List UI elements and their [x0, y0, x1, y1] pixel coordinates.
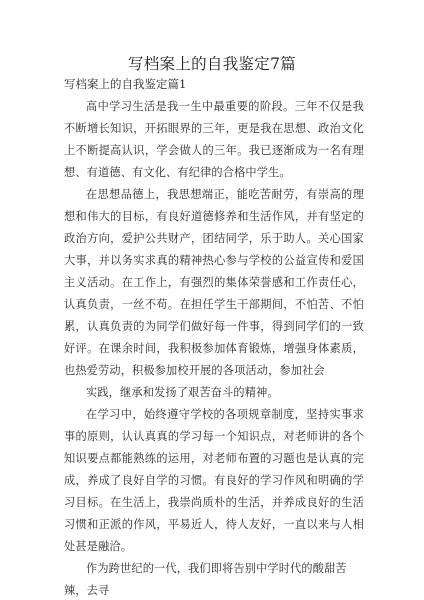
paragraph-5: 作为跨世纪的一代，我们即将告别中学时代的酸甜苦辣，去寻 [64, 558, 364, 600]
document-title: 写档案上的自我鉴定7篇 [0, 52, 424, 74]
paragraph-1: 高中学习生活是我一生中最重要的阶段。三年不仅是我不断增长知识，开拓眼界的三年，更… [64, 96, 364, 184]
paragraph-2: 在思想品德上，我思想端正，能吃苦耐劳，有崇高的理想和伟大的目标，有良好道德修养和… [64, 184, 364, 382]
document-page: 写档案上的自我鉴定7篇 写档案上的自我鉴定篇1 高中学习生活是我一生中最重要的阶… [0, 0, 424, 600]
section-heading: 写档案上的自我鉴定篇1 [64, 76, 186, 92]
paragraph-3: 实践，继承和发扬了艰苦奋斗的精神。 [64, 382, 364, 404]
paragraph-4: 在学习中，始终遵守学校的各项规章制度，坚持实事求事的原则，认认真真的学习每一个知… [64, 404, 364, 558]
document-body: 高中学习生活是我一生中最重要的阶段。三年不仅是我不断增长知识，开拓眼界的三年，更… [64, 96, 364, 600]
